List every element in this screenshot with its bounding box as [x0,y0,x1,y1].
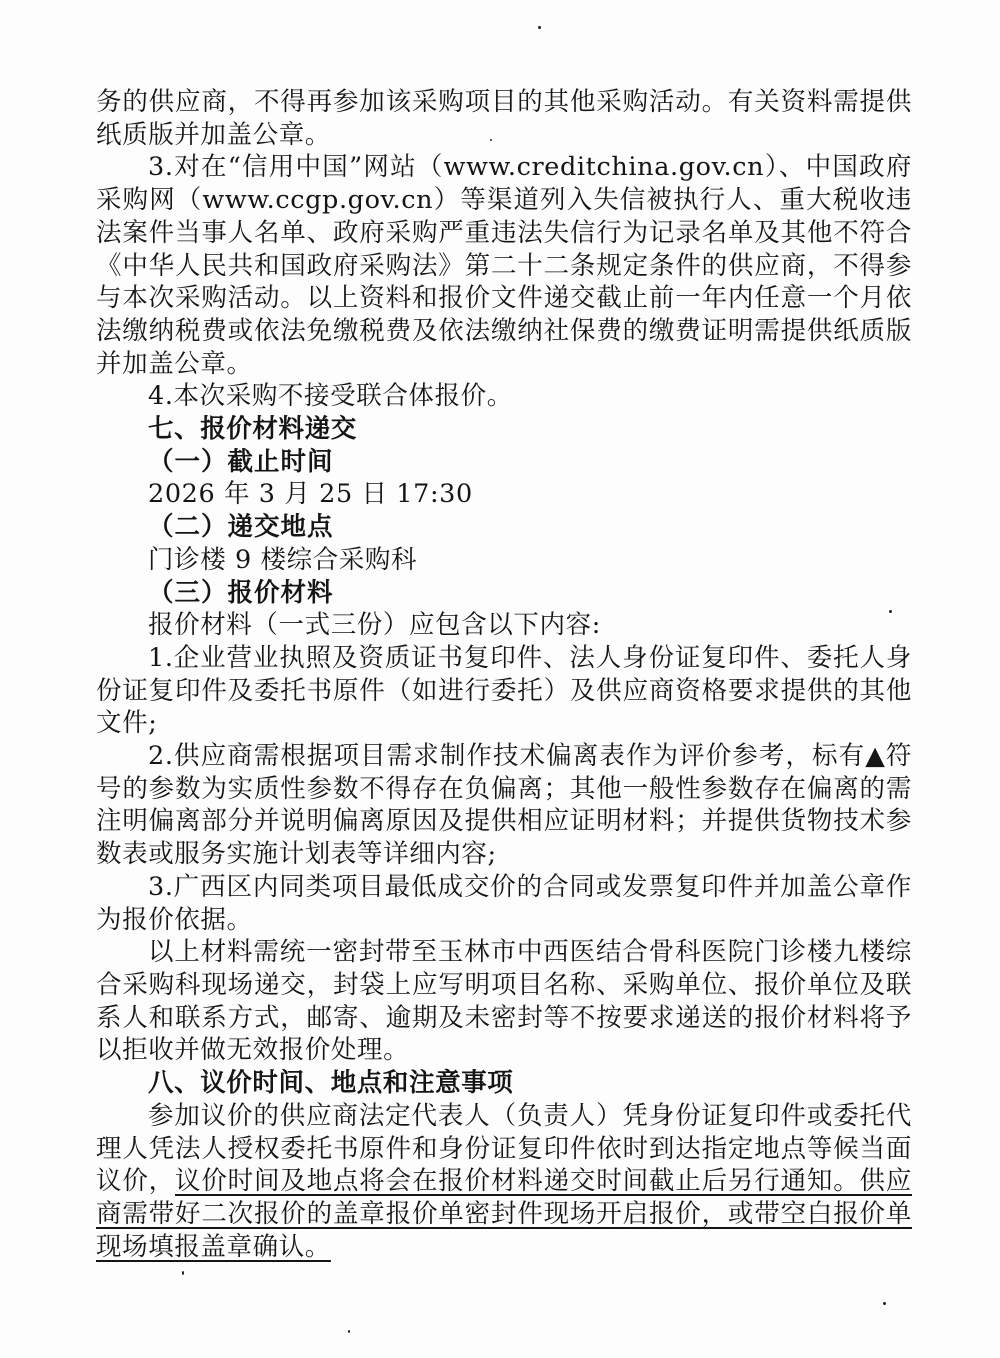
materials-submission-note: 以上材料需统一密封带至玉林市中西医结合骨科医院门诊楼九楼综合采购科现场递交，封袋… [96,936,912,1067]
section-heading-7: 七、报价材料递交 [96,413,912,446]
scan-speck [348,1330,350,1333]
paragraph-item-4-no-consortium: 4.本次采购不接受联合体报价。 [96,380,912,413]
location-value: 门诊楼 9 楼综合采购科 [96,544,912,577]
scan-speck [883,1302,886,1305]
materials-item-2: 2.供应商需根据项目需求制作技术偏离表作为评价参考，标有▲符号的参数为实质性参数… [96,740,912,871]
scan-speck [490,139,492,141]
subheading-deadline: （一）截止时间 [96,446,912,479]
scan-speck [889,610,892,613]
subheading-location: （二）递交地点 [96,511,912,544]
negotiation-paragraph: 参加议价的供应商法定代表人（负责人）凭身份证复印件或委托代理人凭法人授权委托书原… [96,1100,912,1264]
section-heading-8: 八、议价时间、地点和注意事项 [96,1067,912,1100]
deadline-value: 2026 年 3 月 25 日 17:30 [96,478,912,511]
materials-intro: 报价材料（一式三份）应包含以下内容: [96,609,912,642]
subheading-materials: （三）报价材料 [96,577,912,610]
paragraph-item-3-credit-check: 3.对在“信用中国”网站（www.creditchina.gov.cn）、中国政… [96,151,912,380]
document-body: 务的供应商，不得再参加该采购项目的其他采购活动。有关资料需提供纸质版并加盖公章。… [96,86,912,1263]
negotiation-underlined-text: 议价时间及地点将会在报价材料递交时间截止后另行通知。供应商需带好二次报价的盖章报… [96,1166,912,1261]
scan-speck [182,1271,184,1275]
materials-item-1: 1.企业营业执照及资质证书复印件、法人身份证复印件、委托人身份证复印件及委托书原… [96,642,912,740]
materials-item-3: 3.广西区内同类项目最低成交价的合同或发票复印件并加盖公章作为报价依据。 [96,871,912,936]
paragraph-continuation: 务的供应商，不得再参加该采购项目的其他采购活动。有关资料需提供纸质版并加盖公章。 [96,86,912,151]
document-page: 务的供应商，不得再参加该采购项目的其他采购活动。有关资料需提供纸质版并加盖公章。… [0,0,1000,1358]
scan-speck [538,26,541,29]
